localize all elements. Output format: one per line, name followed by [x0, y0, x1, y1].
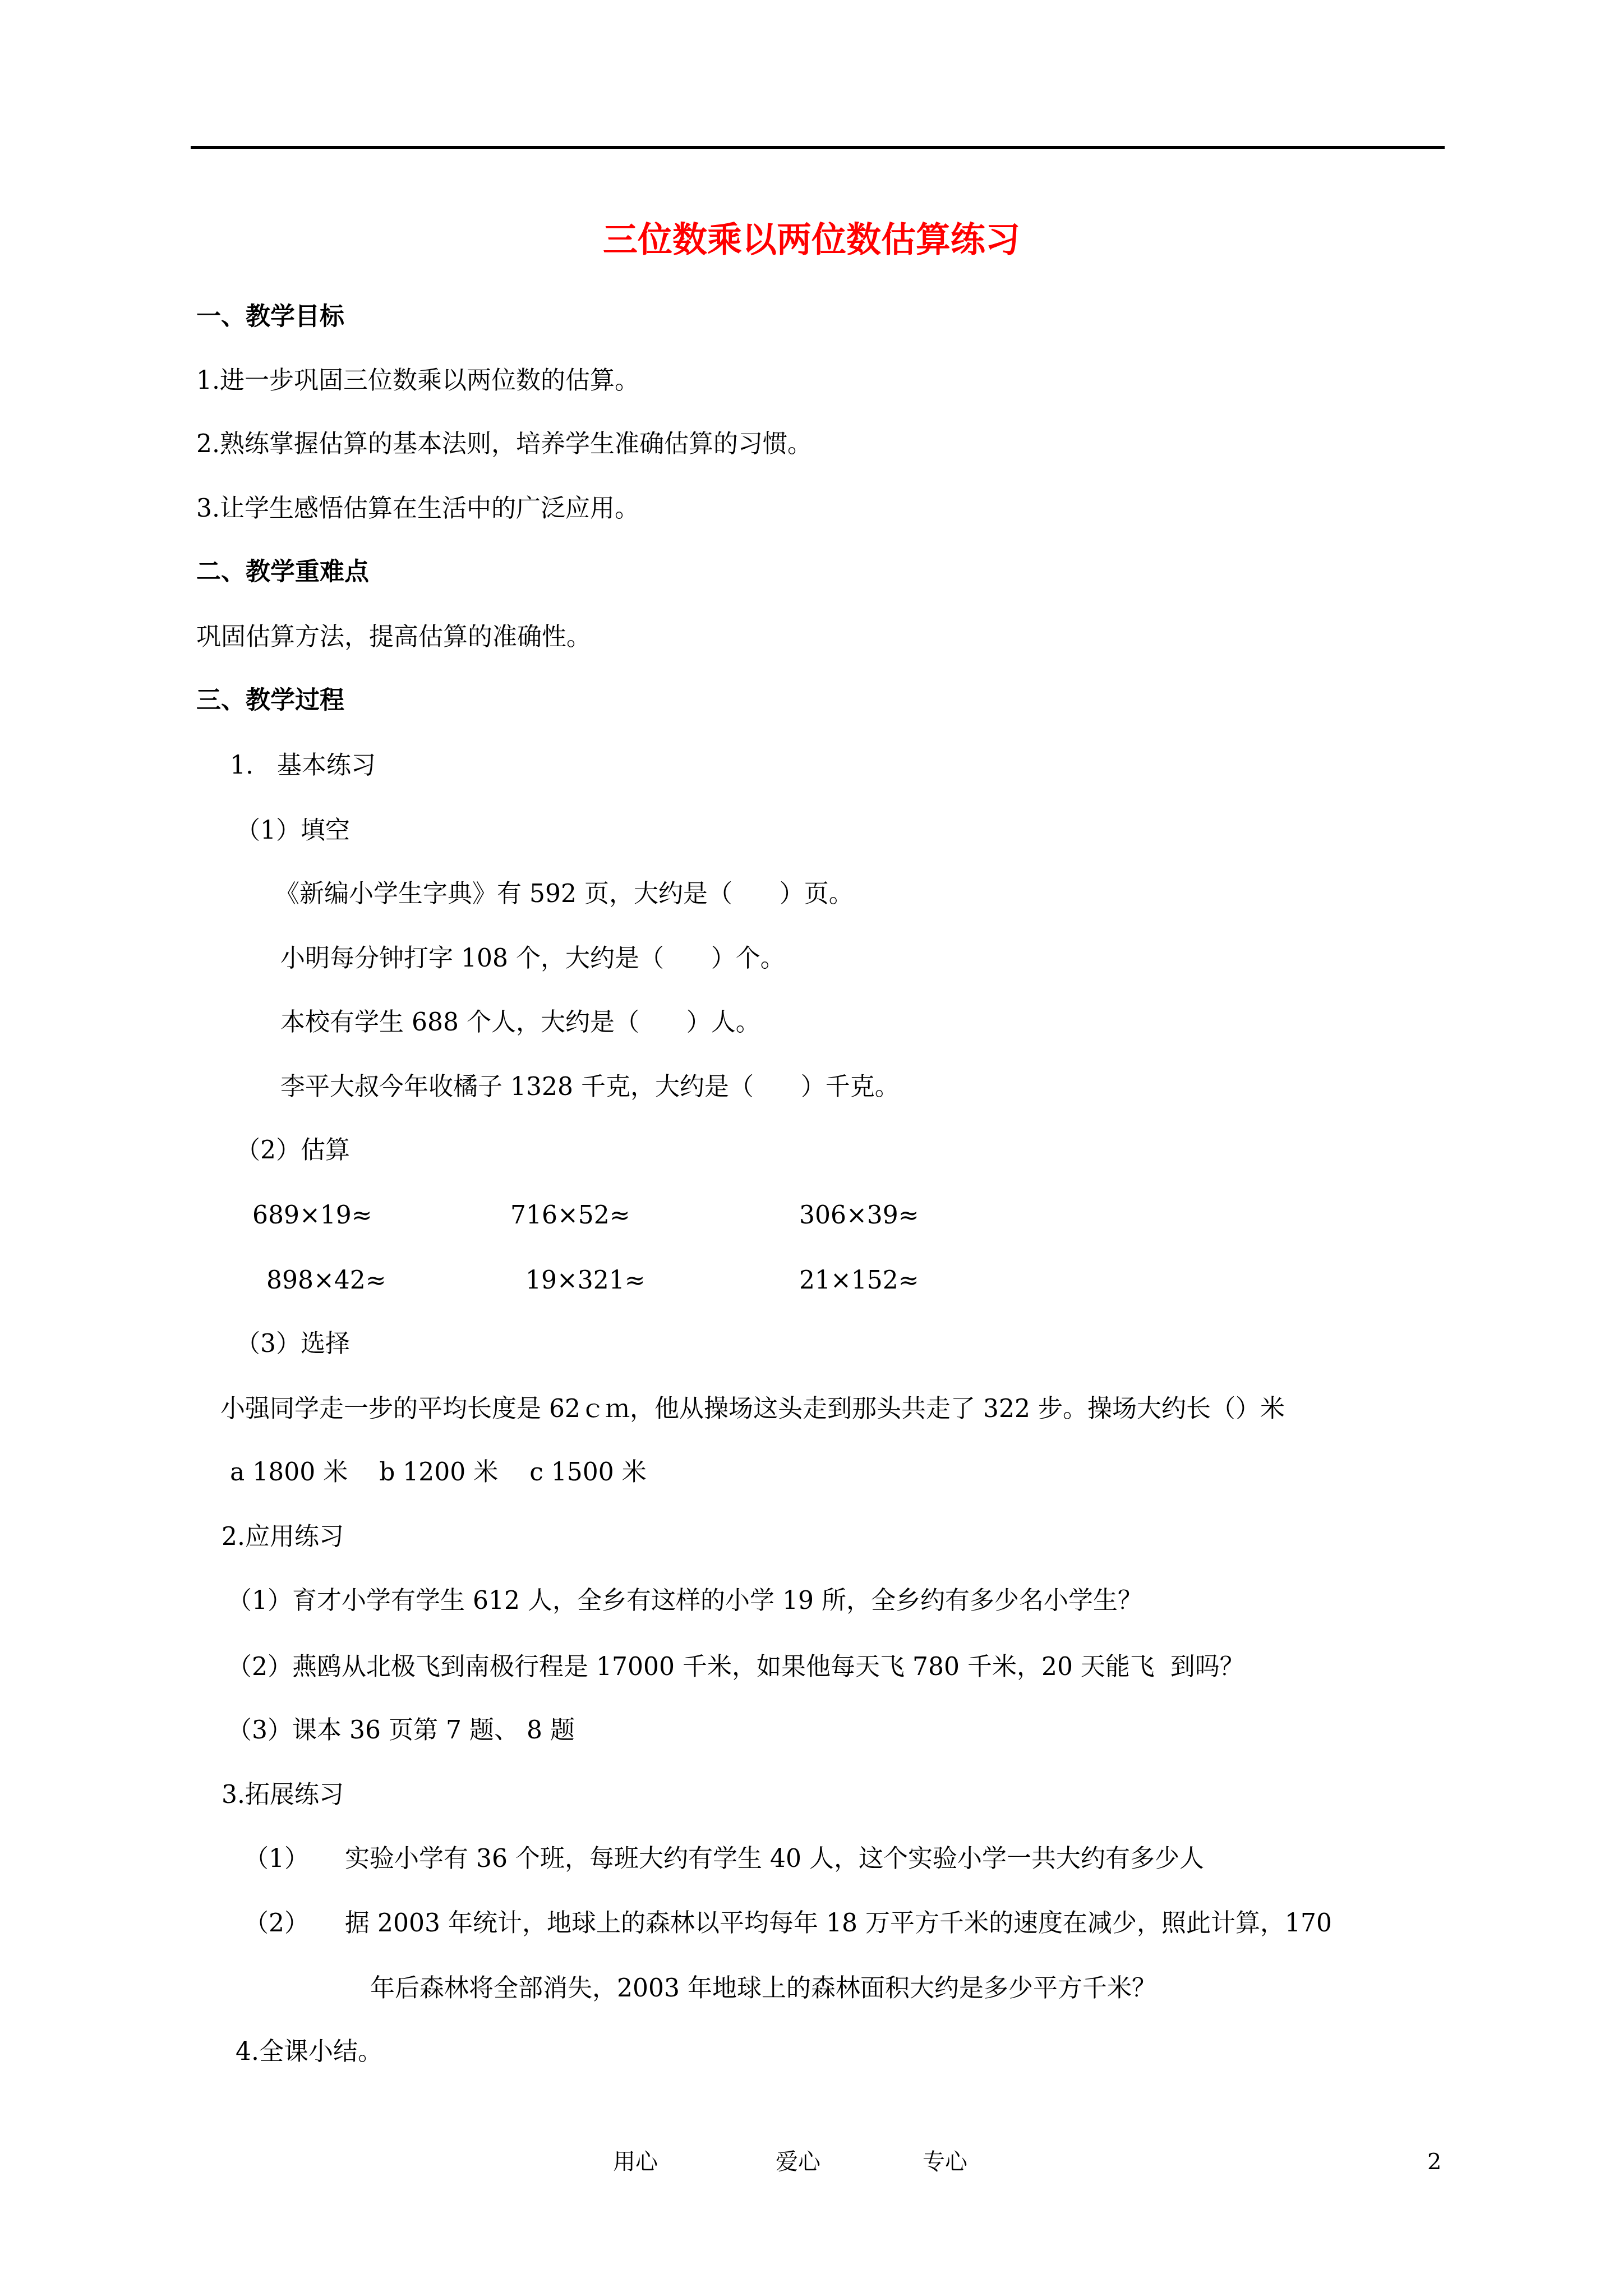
- subheading-basic-practice: 1. 基本练习: [230, 749, 376, 783]
- goal-item: 1.进一步巩固三位数乘以两位数的估算。: [196, 364, 639, 398]
- footer-motto: 爱心: [776, 2146, 820, 2178]
- header-rule: [191, 146, 1445, 149]
- page-number: 2: [1427, 2146, 1441, 2178]
- goal-item: 2.熟练掌握估算的基本法则，培养学生准确估算的习惯。: [196, 427, 812, 461]
- estimate-expression: 19×321≈: [525, 1264, 645, 1297]
- estimate-expression: 716×52≈: [510, 1199, 630, 1232]
- section-heading-key-points: 二、教学重难点: [196, 555, 369, 589]
- fill-blank-item: 《新编小学生字典》有 592 页，大约是（ ）页。: [275, 877, 854, 911]
- extension-item-continuation: 年后森林将全部消失，2003 年地球上的森林面积大约是多少平方千米？: [370, 1972, 1156, 2005]
- applied-item: （1）育才小学有学生 612 人，全乡有这样的小学 19 所，全乡约有多少名小学…: [227, 1584, 1142, 1618]
- choice-options: a 1800 米 b 1200 米 c 1500 米: [230, 1456, 647, 1489]
- estimate-expression: 689×19≈: [252, 1199, 372, 1232]
- estimate-expression: 21×152≈: [799, 1264, 919, 1297]
- applied-item: （3）课本 36 页第 7 题、 8 题: [227, 1714, 575, 1747]
- goal-item: 3.让学生感悟估算在生活中的广泛应用。: [196, 492, 639, 526]
- section-heading-goals: 一、教学目标: [196, 300, 344, 334]
- subheading-summary: 4.全课小结。: [236, 2035, 382, 2069]
- applied-item: （2）燕鸥从北极飞到南极行程是 17000 千米，如果他每天飞 780 千米，2…: [227, 1650, 1244, 1684]
- footer-motto: 专心: [923, 2146, 967, 2178]
- footer-motto: 用心: [613, 2146, 658, 2178]
- fill-blank-item: 本校有学生 688 个人，大约是（ ）人。: [280, 1006, 760, 1039]
- fill-blank-item: 李平大叔今年收橘子 1328 千克，大约是（ ）千克。: [280, 1070, 900, 1104]
- subheading-applied-practice: 2.应用练习: [222, 1520, 344, 1554]
- key-points-text: 巩固估算方法，提高估算的准确性。: [196, 620, 591, 654]
- extension-item-text: 据 2003 年统计，地球上的森林以平均每年 18 万平方千米的速度在减少，照此…: [345, 1907, 1332, 1940]
- extension-item-number: （2）: [244, 1907, 309, 1940]
- choice-question: 小强同学走一步的平均长度是 62ｃｍ，他从操场这头走到那头共走了 322 步。操…: [220, 1392, 1285, 1426]
- section-heading-process: 三、教学过程: [196, 684, 344, 717]
- subheading-extension-practice: 3.拓展练习: [222, 1778, 344, 1812]
- page-title: 三位数乘以两位数估算练习: [0, 218, 1623, 263]
- label-choice: （3）选择: [236, 1327, 350, 1361]
- extension-item-text: 实验小学有 36 个班，每班大约有学生 40 人，这个实验小学一共大约有多少人: [345, 1842, 1204, 1876]
- estimate-expression: 306×39≈: [799, 1199, 919, 1232]
- estimate-expression: 898×42≈: [266, 1264, 386, 1297]
- label-estimate: （2）估算: [236, 1134, 350, 1167]
- extension-item-number: （1）: [244, 1842, 309, 1876]
- fill-blank-item: 小明每分钟打字 108 个，大约是（ ）个。: [280, 942, 785, 976]
- label-fill-blank: （1）填空: [236, 814, 350, 848]
